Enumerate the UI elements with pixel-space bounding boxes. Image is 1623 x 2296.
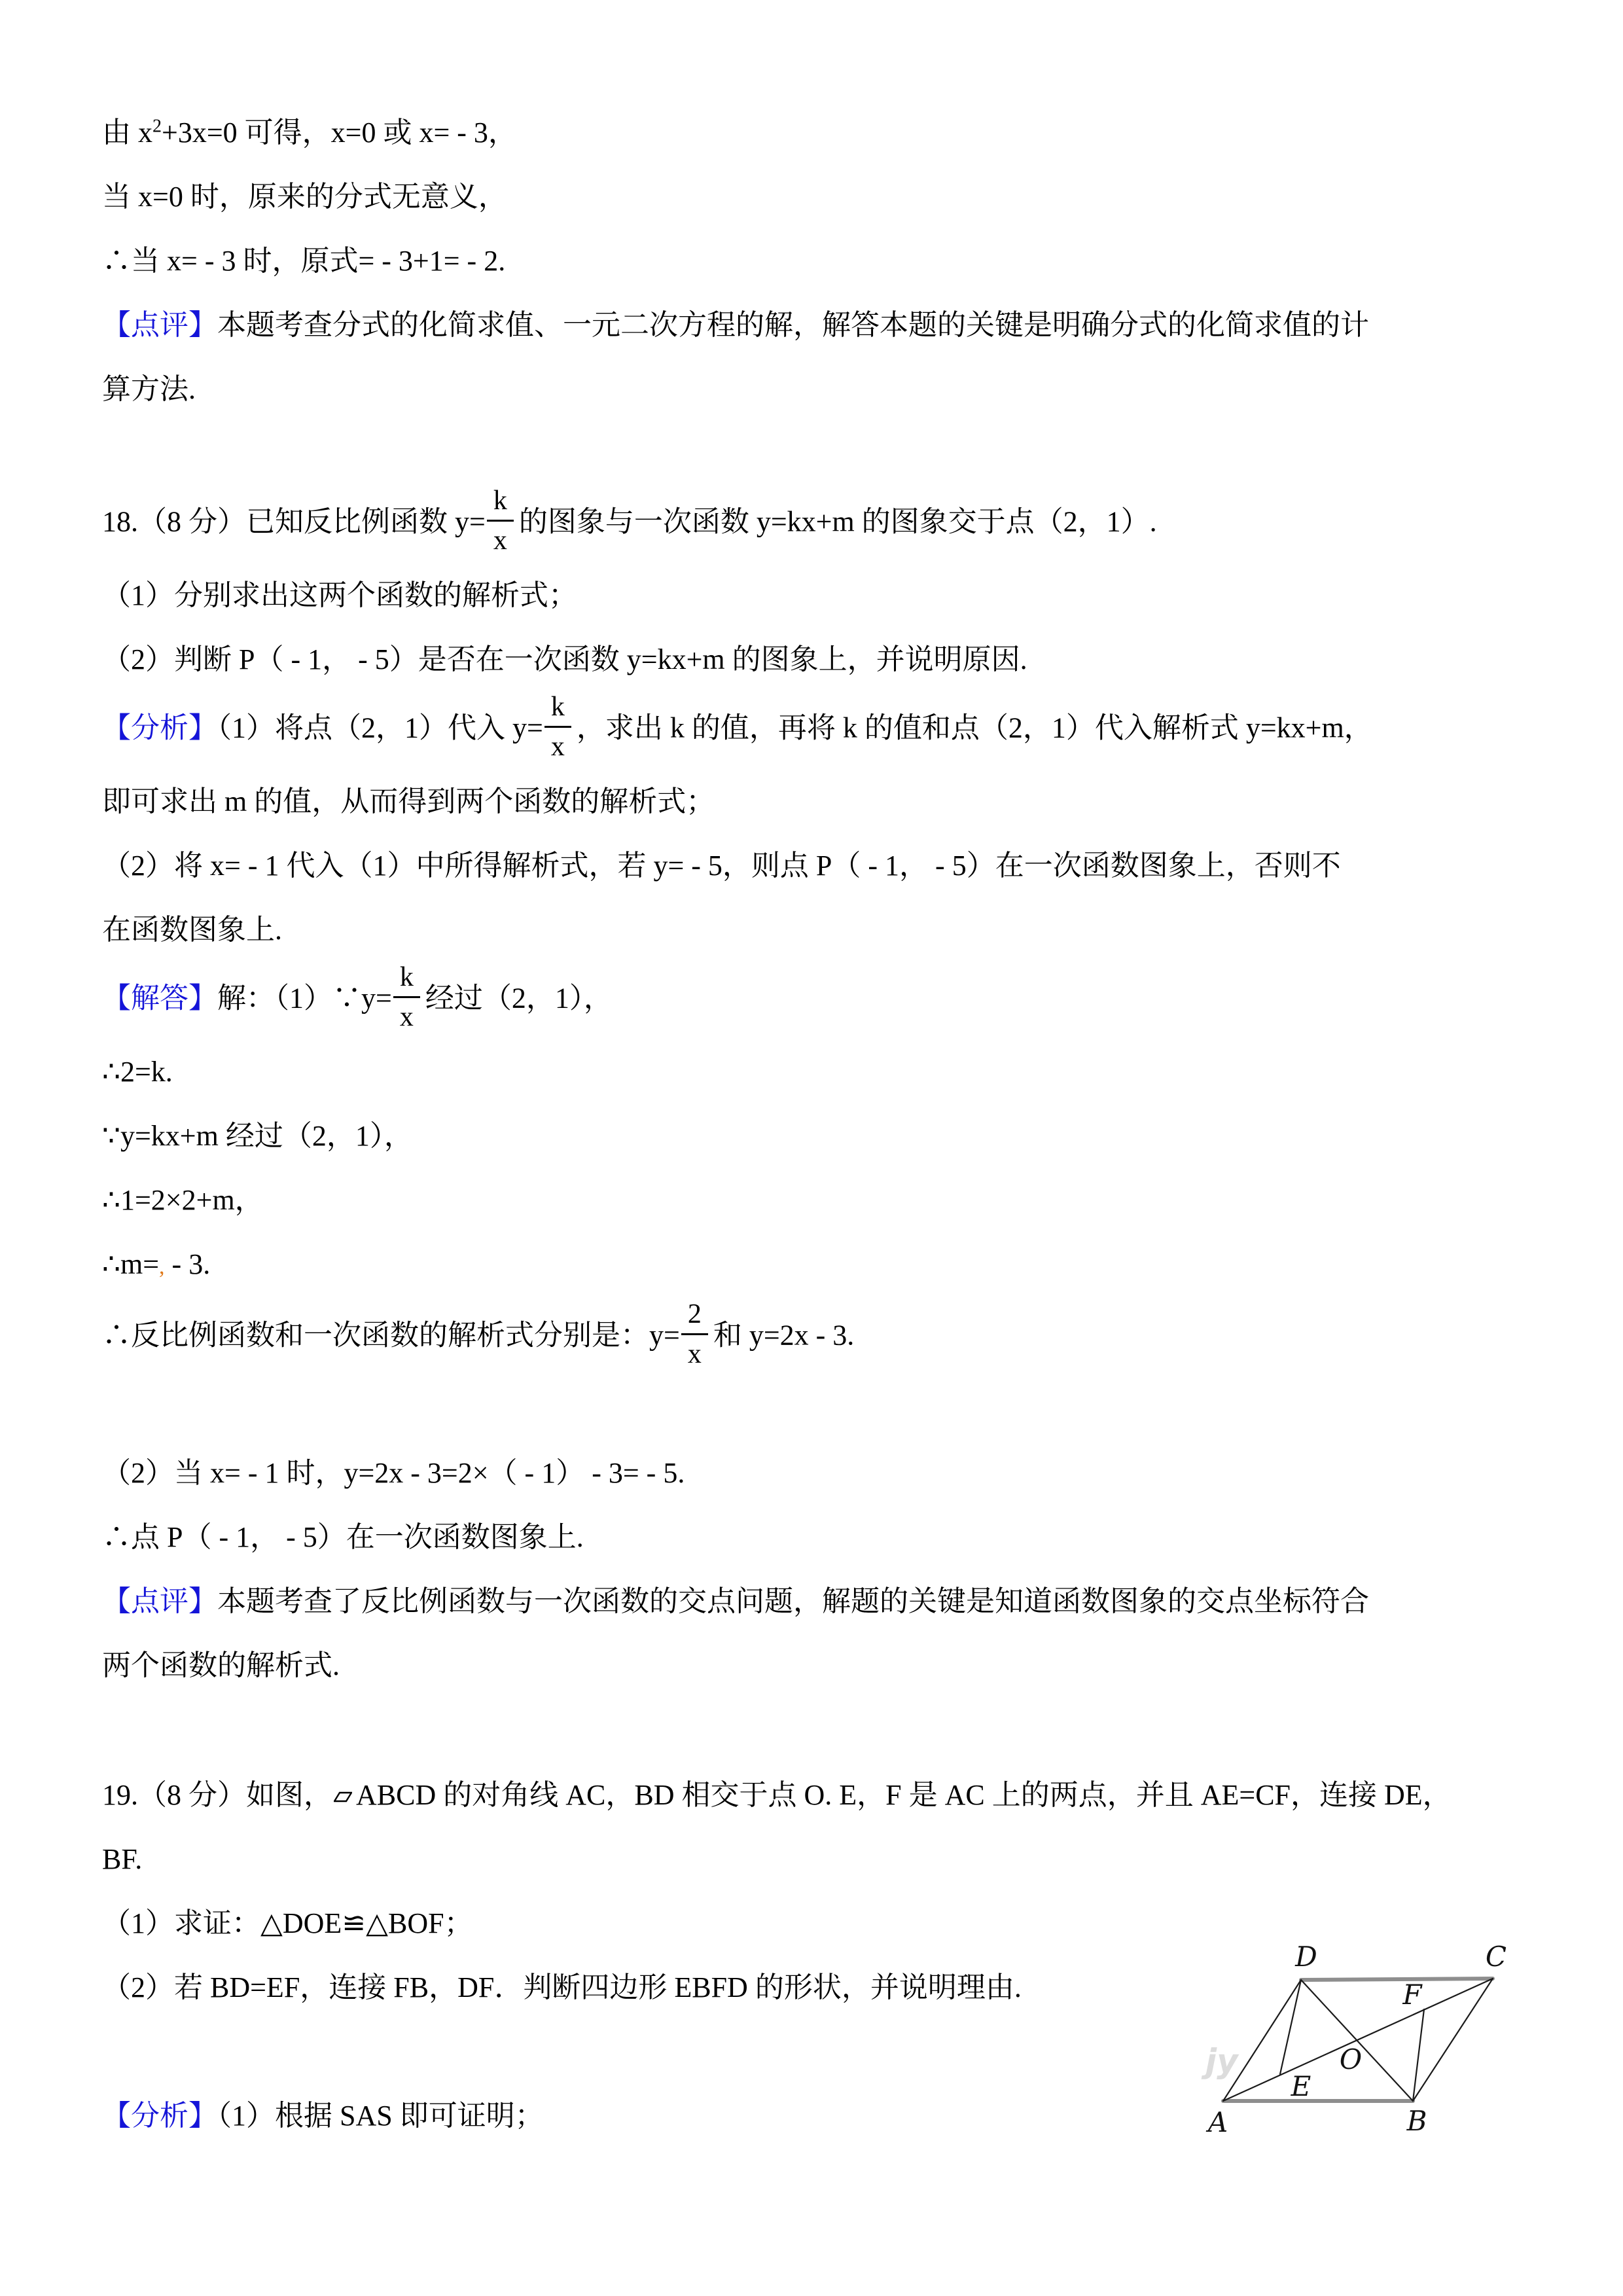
- p17-comment-line-1: 【点评】本题考查分式的化简求值、一元二次方程的解，解答本题的关键是明确分式的化简…: [102, 293, 1542, 357]
- p18-answer-line-1: 【解答】解：（1）∵y=kx经过（2，1），: [102, 962, 1542, 1040]
- fraction-denominator: x: [487, 522, 514, 560]
- vertex-label-B: B: [1406, 2105, 1427, 2137]
- p17-comment-line-2: 算方法.: [102, 357, 1542, 422]
- fraction: 2x: [681, 1295, 708, 1373]
- fraction-denominator: x: [544, 728, 571, 766]
- fraction-numerator: k: [393, 958, 420, 998]
- text-run: ，求出 k 的值，再将 k 的值和点（2，1）代入解析式 y=kx+m，: [577, 712, 1373, 744]
- p18-answer-step-3: ∴1=2×2+m，: [102, 1168, 1542, 1232]
- text-run: ABCD 的对角线 AC，BD 相交于点 O. E，F 是 AC 上的两点，并且…: [356, 1779, 1452, 1811]
- p18-q2: （2）判断 P（ - 1， - 5）是否在一次函数 y=kx+m 的图象上，并说…: [102, 628, 1542, 692]
- fraction-denominator: x: [681, 1335, 708, 1373]
- vertex-label-D: D: [1294, 1941, 1317, 1973]
- text-run: （1）分别求出这两个函数的解析式；: [102, 579, 577, 611]
- p18-answer-step-5: ∴反比例函数和一次函数的解析式分别是：y=2x和 y=2x - 3.: [102, 1299, 1542, 1377]
- vertex-label-C: C: [1486, 1941, 1507, 1973]
- text-run: 解：（1）∵y=: [217, 982, 392, 1014]
- text-run: ∵y=kx+m 经过（2，1），: [102, 1120, 413, 1152]
- text-run: ∴m=: [102, 1248, 159, 1280]
- fraction-numerator: k: [544, 688, 571, 728]
- text-run: 两个函数的解析式.: [102, 1649, 340, 1681]
- vertex-label-E: E: [1291, 2070, 1311, 2102]
- p18-answer-step-2: ∵y=kx+m 经过（2，1），: [102, 1104, 1542, 1168]
- blank-line: [102, 1377, 1542, 1441]
- document-body: 由 x2+3x=0 可得，x=0 或 x= - 3，当 x=0 时，原来的分式无…: [102, 101, 1542, 2148]
- p18-part2-step-1: （2）当 x= - 1 时，y=2x - 3=2×（ - 1） - 3= - 5…: [102, 1441, 1542, 1505]
- p18-comment-line-1: 【点评】本题考查了反比例函数与一次函数的交点问题，解题的关键是知道函数图象的交点…: [102, 1570, 1542, 1634]
- text-run: 当 x=0 时，原来的分式无意义，: [102, 181, 507, 213]
- text-run: 本题考查了反比例函数与一次函数的交点问题，解题的关键是知道函数图象的交点坐标符合: [217, 1585, 1369, 1617]
- text-run: 和 y=2x - 3.: [713, 1319, 854, 1352]
- text-run: （2）当 x= - 1 时，y=2x - 3=2×（ - 1） - 3= - 5…: [102, 1457, 685, 1489]
- fraction: kx: [393, 958, 420, 1036]
- text-run: （2）将 x= - 1 代入（1）中所得解析式，若 y= - 5，则点 P（ -…: [102, 850, 1341, 882]
- segment-DC: [1301, 1979, 1493, 1980]
- text-run: ∴1=2×2+m，: [102, 1184, 264, 1216]
- p17-step-2: 当 x=0 时，原来的分式无意义，: [102, 165, 1542, 229]
- text-run: +3x=0 可得，x=0 或 x= - 3，: [162, 117, 517, 149]
- scan-artifact-comma: ,: [159, 1255, 165, 1279]
- p19-header-line-1: 19.（8 分）如图，ABCD 的对角线 AC，BD 相交于点 O. E，F 是…: [102, 1762, 1542, 1827]
- watermark: jy: [1201, 2042, 1240, 2080]
- section-label: 【点评】: [102, 1585, 217, 1617]
- segment-BD: [1301, 1980, 1413, 2101]
- text-run: （2）若 BD=EF，连接 FB，DF．判断四边形 EBFD 的形状，并说明理由…: [102, 1971, 1022, 2003]
- text-run: 由 x: [102, 117, 152, 149]
- p18-part2-step-2: ∴点 P（ - 1， - 5）在一次函数图象上.: [102, 1505, 1542, 1570]
- segment-DE: [1280, 1980, 1301, 2074]
- fraction: kx: [544, 688, 571, 766]
- vertex-label-O: O: [1340, 2043, 1362, 2075]
- p18-analysis-line-1: 【分析】（1）将点（2，1）代入 y=kx，求出 k 的值，再将 k 的值和点（…: [102, 692, 1542, 770]
- parallelogram-icon: [334, 1762, 352, 1826]
- text-run: ∴点 P（ - 1， - 5）在一次函数图象上.: [102, 1521, 584, 1553]
- p17-step-1: 由 x2+3x=0 可得，x=0 或 x= - 3，: [102, 101, 1542, 165]
- p18-analysis-line-2: 即可求出 m 的值，从而得到两个函数的解析式；: [102, 770, 1542, 834]
- fraction: kx: [487, 482, 514, 560]
- text-run: 的图象与一次函数 y=kx+m 的图象交于点（2，1）.: [519, 506, 1157, 538]
- text-run: （1）求证：△DOE≌△BOF；: [102, 1907, 473, 1939]
- superscript: 2: [152, 116, 162, 136]
- parallelogram-diagram: jyDCFOEAB: [1196, 1935, 1537, 2157]
- text-run: ∴当 x= - 3 时，原式= - 3+1= - 2.: [102, 245, 505, 277]
- p18-answer-step-4: ∴m=, - 3.: [102, 1232, 1542, 1299]
- text-run: ∴反比例函数和一次函数的解析式分别是：y=: [102, 1319, 680, 1352]
- text-run: （1）将点（2，1）代入 y=: [217, 712, 543, 744]
- section-label: 【分析】: [102, 2100, 217, 2132]
- text-run: 即可求出 m 的值，从而得到两个函数的解析式；: [102, 785, 715, 817]
- blank-line: [102, 422, 1542, 486]
- p18-comment-line-2: 两个函数的解析式.: [102, 1634, 1542, 1698]
- blank-line: [102, 1698, 1542, 1762]
- p18-analysis-line-4: 在函数图象上.: [102, 898, 1542, 962]
- text-run: 在函数图象上.: [102, 914, 282, 946]
- section-label: 【解答】: [102, 982, 217, 1014]
- p19-header-line-2: BF.: [102, 1827, 1542, 1892]
- p18-q1: （1）分别求出这两个函数的解析式；: [102, 564, 1542, 628]
- text-run: BF.: [102, 1843, 142, 1875]
- text-run: 本题考查分式的化简求值、一元二次方程的解，解答本题的关键是明确分式的化简求值的计: [217, 309, 1369, 341]
- p18-analysis-line-3: （2）将 x= - 1 代入（1）中所得解析式，若 y= - 5，则点 P（ -…: [102, 834, 1542, 898]
- vertex-label-F: F: [1402, 1979, 1423, 2011]
- fraction-numerator: 2: [681, 1295, 708, 1335]
- geometry-figure: jyDCFOEAB: [1196, 1935, 1537, 2157]
- text-run: 算方法.: [102, 373, 196, 405]
- p18-answer-step-1: ∴2=k.: [102, 1040, 1542, 1104]
- text-run: 18.（8 分）已知反比例函数 y=: [102, 506, 486, 538]
- text-run: - 3.: [165, 1248, 211, 1280]
- section-label: 【分析】: [102, 712, 217, 744]
- fraction-numerator: k: [487, 482, 514, 522]
- text-run: ∴2=k.: [102, 1056, 173, 1088]
- text-run: 19.（8 分）如图，: [102, 1779, 332, 1811]
- text-run: （1）根据 SAS 即可证明；: [217, 2100, 544, 2132]
- text-run: （2）判断 P（ - 1， - 5）是否在一次函数 y=kx+m 的图象上，并说…: [102, 643, 1027, 675]
- p17-step-3: ∴当 x= - 3 时，原式= - 3+1= - 2.: [102, 229, 1542, 293]
- vertex-label-A: A: [1205, 2106, 1228, 2138]
- text-run: 经过（2，1），: [425, 982, 613, 1014]
- section-label: 【点评】: [102, 309, 217, 341]
- p18-header: 18.（8 分）已知反比例函数 y=kx的图象与一次函数 y=kx+m 的图象交…: [102, 486, 1542, 564]
- fraction-denominator: x: [393, 998, 420, 1036]
